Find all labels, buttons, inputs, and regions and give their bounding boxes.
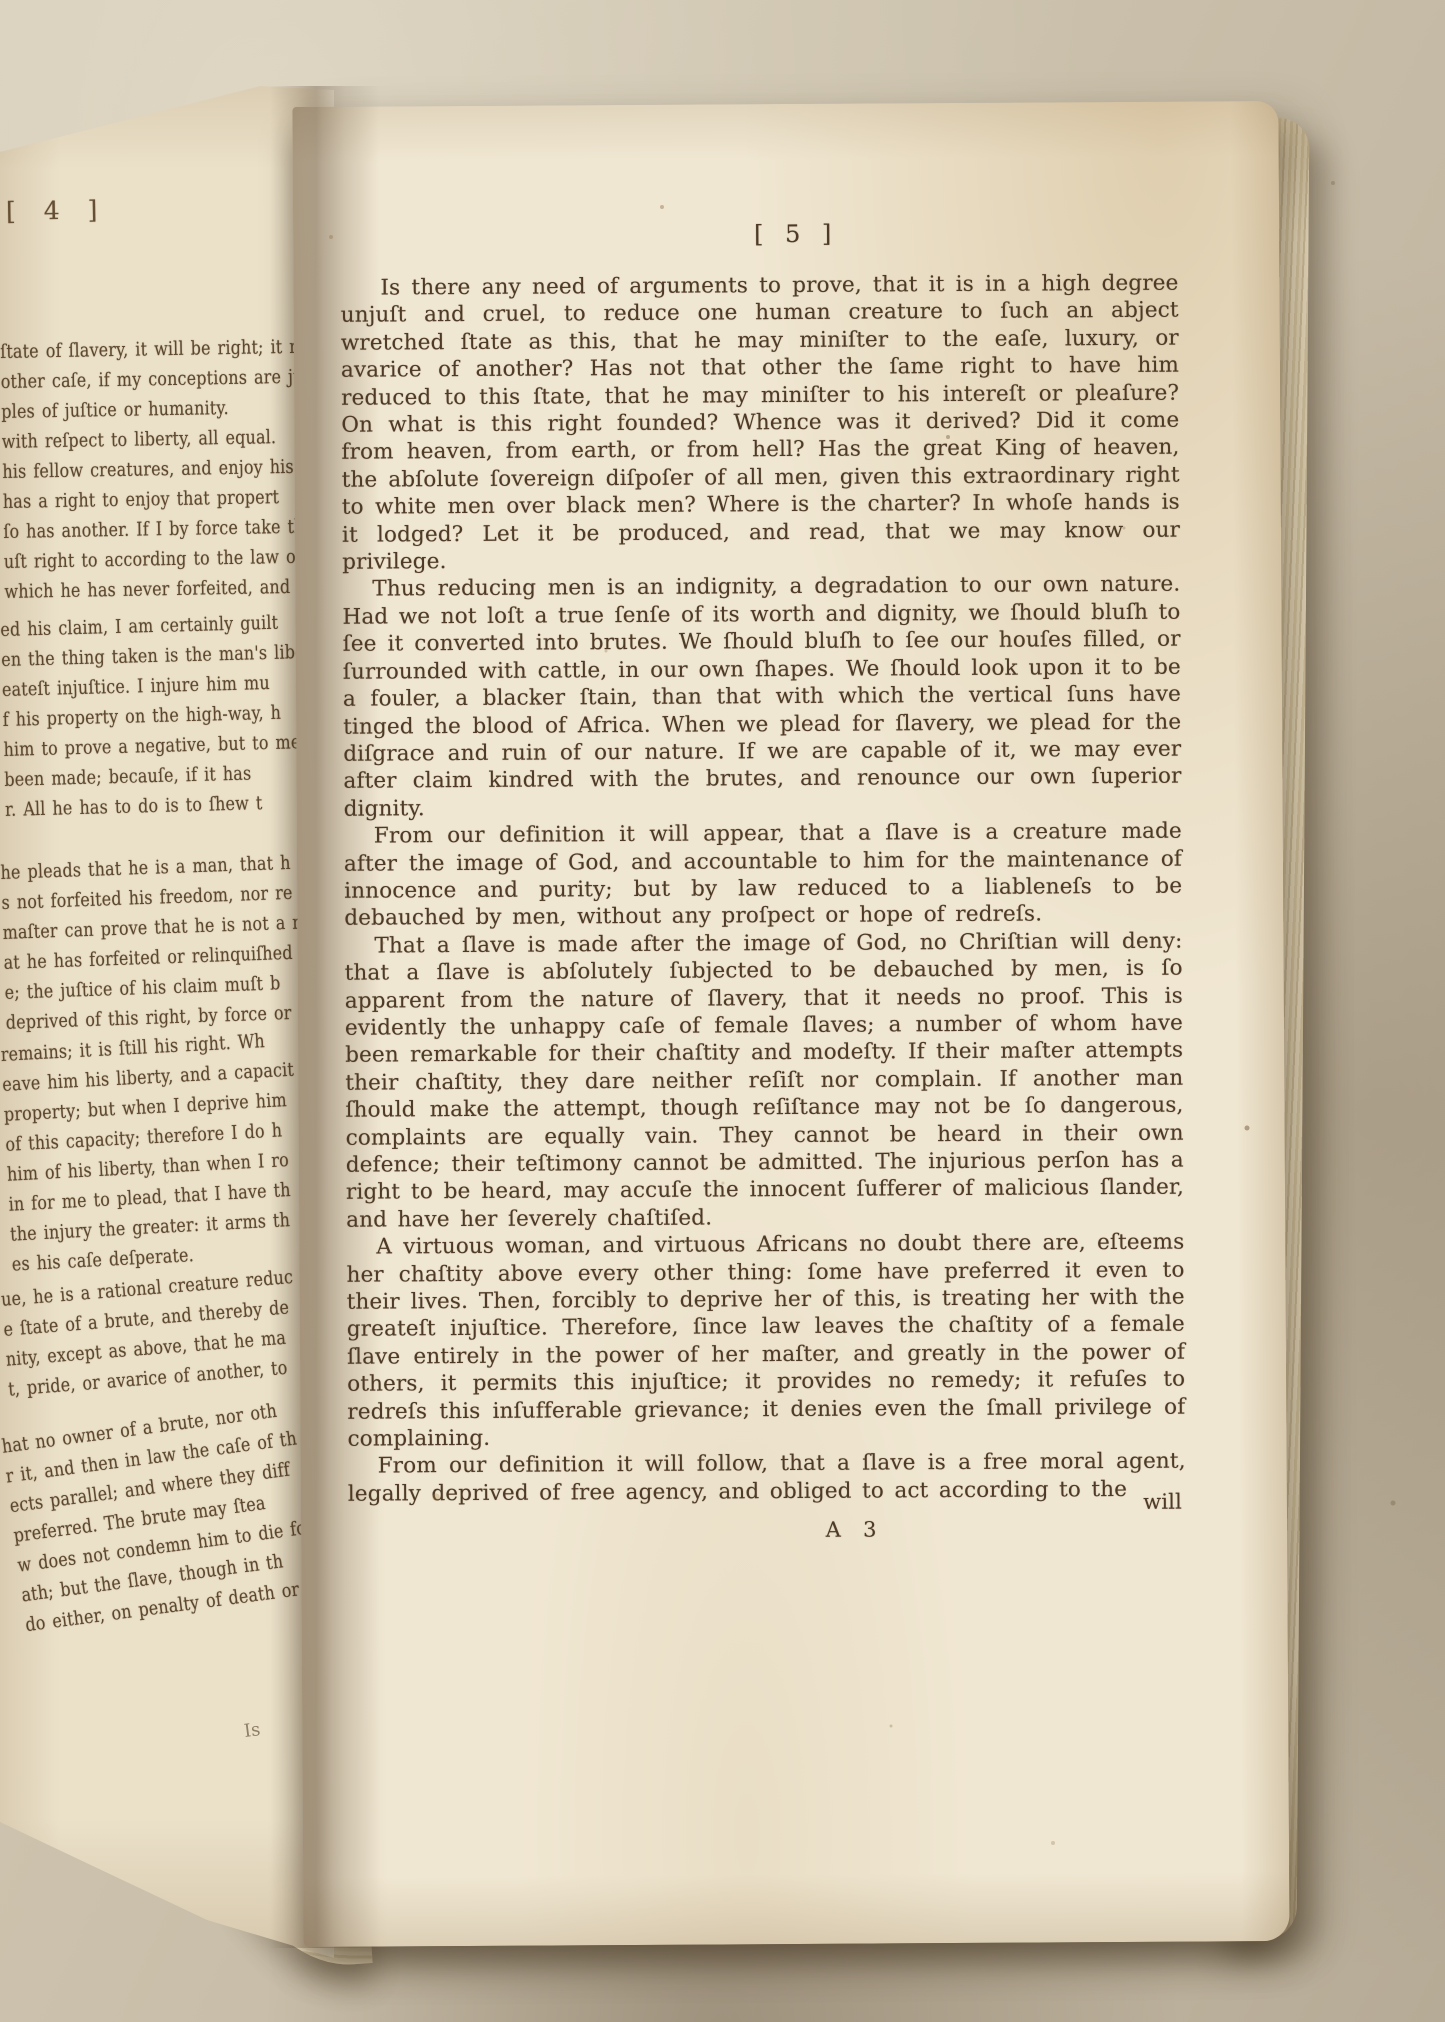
left-page-text: ſtate of ſlavery, it will be right; it m… (0, 80, 334, 1642)
fragment-group: he pleads that he is a man, that hs not … (0, 846, 340, 1038)
paragraph: Is there any need of arguments to prove,… (340, 270, 1180, 577)
catchword: will (1143, 1489, 1182, 1517)
fragment-line: his fellow creatures, and enjoy his lib (2, 452, 283, 487)
fragment-line: other caſe, if my conceptions are ju (1, 362, 282, 397)
signature-mark: A 3 (826, 1517, 883, 1545)
paragraph: A virtuous woman, and virtuous Africans … (346, 1229, 1185, 1453)
paragraph: From our definition it will follow, that… (348, 1448, 1186, 1508)
fragment-line: uſt right to according to the law of n (4, 542, 285, 577)
fragment-group: ed his claim, I am certainly guilten the… (0, 606, 339, 825)
paragraph: Thus reducing men is an indignity, a deg… (342, 571, 1181, 823)
fragment-line: r. All he has to do is to ſhew t (5, 788, 286, 825)
fragment-line: with reſpect to liberty, all equal. (2, 422, 283, 457)
fragment-group: ue, he is a rational creature reduce ſta… (0, 1259, 342, 1405)
fragment-group: ſtate of ſlavery, it will be right; it m… (0, 331, 339, 607)
fragment-line: ſo has another. If I by force take th (3, 512, 284, 547)
fragment-line: ſtate of ſlavery, it will be right; it m (0, 332, 281, 367)
right-page: [ 5 ] Is there any need of arguments to … (292, 101, 1289, 1947)
paragraph: From our definition it will appear, that… (344, 818, 1183, 933)
fragment-line: which he has never forfeited, and (4, 572, 285, 607)
right-page-number: [ 5 ] (731, 220, 861, 249)
book-photo: [ 4 ] ſtate of ſlavery, it will be right… (0, 0, 1445, 2022)
fragment-line: ples of juſtice or humanity. (1, 392, 282, 427)
right-page-text: Is there any need of arguments to prove,… (340, 270, 1186, 1556)
left-page: [ 4 ] ſtate of ſlavery, it will be right… (0, 80, 334, 1958)
signature-row: A 3will (348, 1511, 1186, 1556)
paragraph: That a ſlave is made after the image of … (344, 927, 1184, 1234)
left-page-catchword: Is (243, 1719, 262, 1742)
fragment-line: has a right to enjoy that propert (3, 482, 284, 517)
fragment-group: remains; it is ſtill his right. Wheave h… (0, 1023, 346, 1280)
